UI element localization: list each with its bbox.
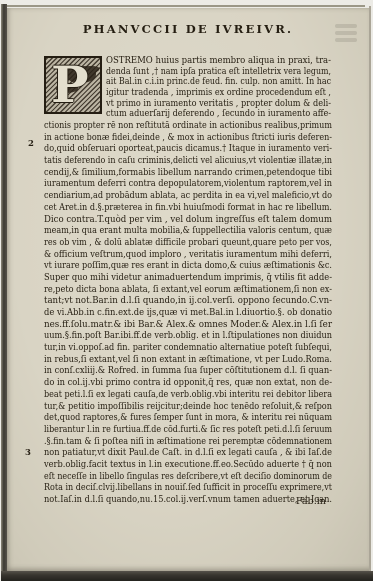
text-line: in actione bonæ fidei,deinde , & mox in … xyxy=(44,132,332,144)
text-line: meam,in qua erant multa mobilia,& ſuppel… xyxy=(44,225,332,237)
page-edge-bottom xyxy=(1,571,373,581)
book-page-scan: PHANVCCII DE IVREIVR. P OSTREMO huius pa… xyxy=(0,0,373,581)
text-line: verb.oblig.facit textus in l.in executio… xyxy=(44,459,332,471)
text-line: do in col.ij.vbi primo contra id opponit… xyxy=(44,377,332,389)
text-line: cendij,& ſimilium,formabis libellum narr… xyxy=(44,167,332,179)
text-line: cet Aret.in d.§.præterea in fin.vbi huiu… xyxy=(44,202,332,214)
text-line: uum.§.fin.poſt Bar.ibi.ff.de verb.oblig.… xyxy=(44,330,332,342)
text-line: tant;vt not.Bar.in d.l.ſi quando,in ij.c… xyxy=(44,295,332,307)
show-through-marks xyxy=(333,21,359,47)
text-line: & officium veſtrum,quod imploro , verita… xyxy=(44,249,332,261)
body-text-main: ctionis propter rē non reſtitutā ordinat… xyxy=(44,120,332,506)
page-edge-right xyxy=(369,6,371,571)
text-line: liberantur l.in re furtiua.ff.de cōd.fur… xyxy=(44,424,332,436)
text-line: tur,in vi.oppoſ.ad fin. pariter condemna… xyxy=(44,342,332,354)
text-line: Rota in deciſ.clvij.libellans in nouiſ.ſ… xyxy=(44,482,332,494)
page-edge-top xyxy=(7,5,365,7)
body-text-beside-initial: OSTREMO huius partis membro aliqua in pr… xyxy=(106,56,331,120)
text-line: ctionis propter rē non reſtitutā ordinat… xyxy=(44,120,332,132)
text-line: ctum aduerſarij deferendo , ſecundo in i… xyxy=(106,109,331,120)
text-line: non patiatur,vt dixit Paul.de Caſt. in d… xyxy=(44,447,332,459)
text-line: Super quo mihi videtur animaduertendum i… xyxy=(44,272,332,284)
text-line: Dico contra.T.quòd per vim , vel dolum i… xyxy=(44,214,332,226)
text-line: in conſ.cxliij.& Rofred. in ſumma ſua ſu… xyxy=(44,365,332,377)
woodcut-drop-cap: P xyxy=(44,56,102,114)
text-line: iuramentum deferri contra depopulatorem,… xyxy=(44,178,332,190)
text-line: beat peti.l.ſi ex legati cauſa,de verb.o… xyxy=(44,389,332,401)
page-edge-left xyxy=(1,4,7,581)
catchword: Fab.in xyxy=(44,496,332,508)
text-line: nes.ff.ſolu.matr.& ibi Bar.& Alex.& omne… xyxy=(44,319,332,331)
text-line: eſt neceſſe in libello ſingulas res deſc… xyxy=(44,471,332,483)
text-line: tur,& petitio impoſſibilis reijcitur;dei… xyxy=(44,401,332,413)
text-line: tatis deferendo in caſu criminis,delicti… xyxy=(44,155,332,167)
text-line: de vi.Abb.in c.fin.ext.de ijs,quæ vi met… xyxy=(44,307,332,319)
text-line: vt iurare poſſim,quæ res erant in dicta … xyxy=(44,260,332,272)
text-line: in rebus,ſi extant,vel ſi non extant in … xyxy=(44,354,332,366)
text-line: do,quid obſeruari oporteat,paucis dicamu… xyxy=(44,143,332,155)
running-title: PHANVCCII DE IVREIVR. xyxy=(44,22,332,36)
drop-cap-letter: P xyxy=(51,56,89,114)
text-line: re,peto dicta bona ablata, ſi extant,vel… xyxy=(44,284,332,296)
margin-paragraph-number: 3 xyxy=(25,448,31,458)
text-line: det,quod raptores,& fures ſemper ſunt in… xyxy=(44,412,332,424)
text-line: res ob vim , & dolū ablatæ difficile pro… xyxy=(44,237,332,249)
text-line: cendiarium,ad probādum ablata, ac perdit… xyxy=(44,190,332,202)
margin-paragraph-number: 2 xyxy=(28,139,34,149)
text-line: .§.fin.tam & ſi poſtea niſi in æſtimatio… xyxy=(44,436,332,448)
